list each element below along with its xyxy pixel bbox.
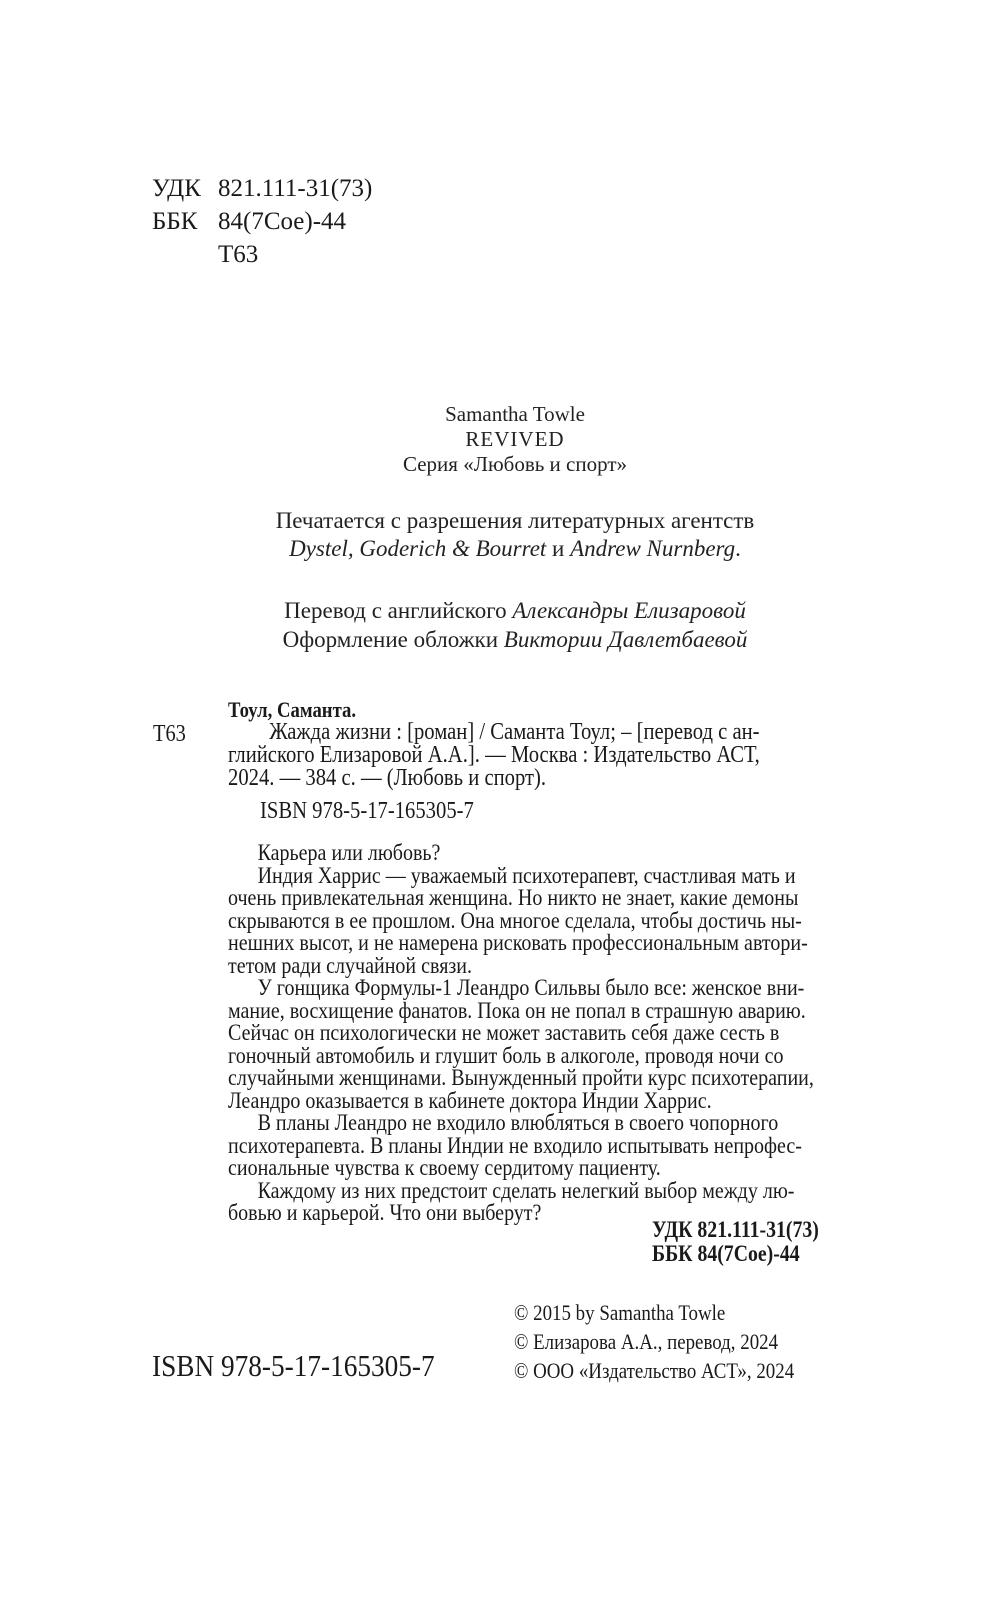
copyright-line: © ООО «Издательство АСТ», 2024	[514, 1356, 794, 1385]
bbk-label: ББК	[152, 205, 218, 238]
copyright-block: © 2015 by Samantha Towle © Елизарова А.А…	[514, 1298, 794, 1385]
annotation-line: У гонщика Формулы-1 Леандро Сильвы было …	[228, 977, 814, 1000]
agency-1: Dystel, Goderich & Bourret	[289, 536, 546, 561]
agencies-line: Dystel, Goderich & Bourret и Andrew Nurn…	[0, 535, 1000, 563]
bbk-bottom: ББК 84(7Сое)-44	[652, 1242, 819, 1266]
original-author: Samantha Towle	[0, 402, 1000, 427]
annotation: Карьера или любовь?Индия Харрис — уважае…	[228, 842, 814, 1225]
author-mark-row: Т63	[152, 238, 372, 271]
bib-author-mark: Т63	[153, 723, 186, 746]
annotation-line: нешних высот, и не намерена рисковать пр…	[228, 932, 814, 955]
udk-value: 821.111-31(73)	[218, 172, 372, 205]
permission-notice: Печатается с разрешения литературных аге…	[0, 507, 1000, 563]
annotation-line: Сейчас он психологически не может застав…	[228, 1022, 814, 1045]
classification-bottom: УДК 821.111-31(73) ББК 84(7Сое)-44	[652, 1218, 819, 1266]
udk-bottom: УДК 821.111-31(73)	[652, 1218, 819, 1242]
series-name: Серия «Любовь и спорт»	[0, 452, 1000, 477]
udk-label: УДК	[152, 172, 218, 205]
agency-2: Andrew Nurnberg	[570, 536, 735, 561]
annotation-line: тетом ради случайной связи.	[228, 955, 814, 978]
bib-line: 2024. — 384 с. — (Любовь и спорт).	[228, 767, 899, 790]
annotation-line: скрываются в ее прошлом. Она многое сдел…	[228, 910, 814, 933]
annotation-line: Каждому из них предстоит сделать нелегки…	[228, 1180, 814, 1203]
bib-description: Жажда жизни : [роман] / Саманта Тоул; – …	[228, 721, 899, 790]
bib-line: Жажда жизни : [роман] / Саманта Тоул; – …	[228, 721, 899, 744]
annotation-line: сиональные чувства к своему сердитому па…	[228, 1157, 814, 1180]
annotation-line: психотерапевта. В планы Индии не входило…	[228, 1135, 814, 1158]
annotation-line: Индия Харрис — уважаемый психотерапевт, …	[228, 865, 814, 888]
bib-line: глийского Елизаровой А.А.]. — Москва : И…	[228, 744, 899, 767]
annotation-line: случайными женщинами. Вынужденный пройти…	[228, 1067, 814, 1090]
translation-credit: Перевод с английского Александры Елизаро…	[0, 596, 1000, 625]
copyright-line: © Елизарова А.А., перевод, 2024	[514, 1327, 794, 1356]
annotation-line: гоночный автомобиль и глушит боль в алко…	[228, 1045, 814, 1068]
bib-isbn: ISBN 978-5-17-165305-7	[260, 798, 474, 825]
annotation-line: В планы Леандро не входило влюбляться в …	[228, 1112, 814, 1135]
annotation-line: мание, восхищение фанатов. Пока он не по…	[228, 1000, 814, 1023]
bbk-value: 84(7Сое)-44	[218, 205, 346, 238]
annotation-line: Карьера или любовь?	[228, 842, 814, 865]
credits: Перевод с английского Александры Елизаро…	[0, 596, 1000, 654]
udk-row: УДК 821.111-31(73)	[152, 172, 372, 205]
classification-top: УДК 821.111-31(73) ББК 84(7Сое)-44 Т63	[152, 172, 372, 271]
translator-name: Александры Елизаровой	[512, 598, 745, 623]
author-heading: Тоул, Саманта.	[228, 698, 356, 721]
original-title: REVIVED	[0, 427, 1000, 452]
isbn-bottom: ISBN 978-5-17-165305-7	[152, 1348, 435, 1384]
annotation-line: Леандро оказывается в кабинете доктора И…	[228, 1090, 814, 1113]
annotation-line: очень привлекательная женщина. Но никто …	[228, 887, 814, 910]
original-edition-info: Samantha Towle REVIVED Серия «Любовь и с…	[0, 402, 1000, 477]
cover-designer-name: Виктории Давлетбаевой	[504, 627, 748, 652]
copyright-line: © 2015 by Samantha Towle	[514, 1298, 794, 1327]
permission-line: Печатается с разрешения литературных аге…	[0, 507, 1000, 535]
author-mark: Т63	[218, 238, 258, 271]
bbk-row: ББК 84(7Сое)-44	[152, 205, 372, 238]
cover-credit: Оформление обложки Виктории Давлетбаевой	[0, 625, 1000, 654]
